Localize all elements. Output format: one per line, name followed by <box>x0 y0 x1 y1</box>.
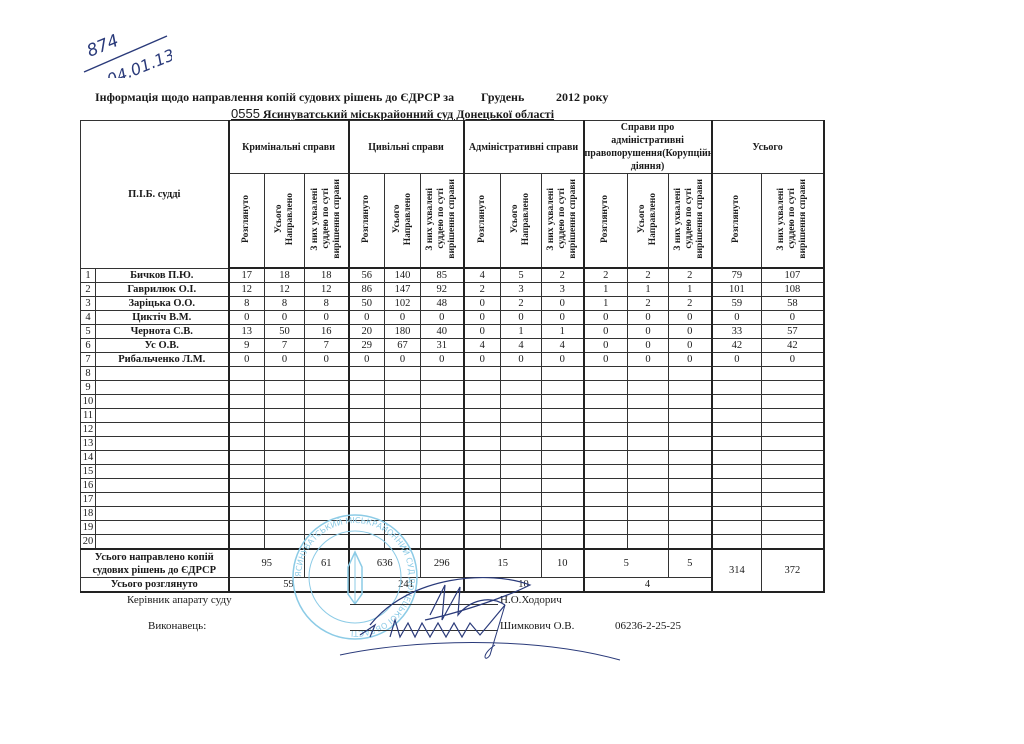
cell-value: 0 <box>669 325 712 339</box>
judge-name <box>96 493 229 507</box>
row-number: 3 <box>81 297 96 311</box>
totals-considered-label: Усього розглянуто <box>81 578 229 593</box>
cell-value <box>305 465 349 479</box>
cell-value: 2 <box>542 268 584 283</box>
judge-name: Чернота С.В. <box>96 325 229 339</box>
cell-value <box>265 493 305 507</box>
judge-name <box>96 381 229 395</box>
head-of-staff-name: Н.О.Ходорич <box>500 594 562 606</box>
cell-value <box>584 479 628 493</box>
judge-name <box>96 507 229 521</box>
cell-value <box>305 521 349 535</box>
cell-value: 9 <box>229 339 265 353</box>
cell-value <box>229 493 265 507</box>
cell-value <box>712 381 762 395</box>
table-row: 17 <box>81 493 824 507</box>
cell-value: 0 <box>669 353 712 367</box>
cell-value: 0 <box>305 353 349 367</box>
column-header-label: Усього Направлено <box>637 193 659 245</box>
cell-value <box>305 423 349 437</box>
cell-value: 0 <box>349 311 385 325</box>
cell-value: 92 <box>421 283 464 297</box>
cell-value <box>669 437 712 451</box>
cell-value <box>229 521 265 535</box>
cell-value <box>349 451 385 465</box>
total-value: 61 <box>305 549 349 578</box>
column-header: Розглянуто <box>349 174 385 269</box>
column-header-label: Розглянуто <box>477 195 488 243</box>
cell-value <box>542 521 584 535</box>
cell-value <box>265 423 305 437</box>
cell-value <box>229 535 265 550</box>
cell-value <box>669 521 712 535</box>
cell-value: 0 <box>584 353 628 367</box>
cell-value <box>762 535 824 550</box>
cell-value <box>265 409 305 423</box>
cell-value <box>265 465 305 479</box>
cell-value <box>385 395 421 409</box>
cell-value <box>712 409 762 423</box>
row-number: 19 <box>81 521 96 535</box>
cell-value <box>712 521 762 535</box>
cell-value <box>464 479 501 493</box>
cell-value <box>628 381 669 395</box>
column-header: З них ухвалені суддею по суті вирішення … <box>542 174 584 269</box>
column-header-label: Розглянуто <box>241 195 252 243</box>
cell-value <box>229 423 265 437</box>
cell-value <box>265 451 305 465</box>
cell-value <box>265 437 305 451</box>
cell-value <box>712 367 762 381</box>
cell-value: 1 <box>584 283 628 297</box>
cell-value: 0 <box>229 353 265 367</box>
row-number: 11 <box>81 409 96 423</box>
cell-value <box>305 493 349 507</box>
row-number: 1 <box>81 268 96 283</box>
cell-value <box>305 451 349 465</box>
row-number: 13 <box>81 437 96 451</box>
column-header-label: З них ухвалені суддею по суті вирішення … <box>673 179 706 259</box>
cell-value: 0 <box>669 339 712 353</box>
cell-value <box>464 423 501 437</box>
report-month: Грудень <box>481 90 524 105</box>
cell-value <box>762 493 824 507</box>
cell-value <box>712 507 762 521</box>
totals-sent-label: Усього направлено копій судових рішень д… <box>81 549 229 578</box>
cell-value <box>542 395 584 409</box>
cell-value: 2 <box>584 268 628 283</box>
cell-value: 8 <box>305 297 349 311</box>
cell-value: 2 <box>464 283 501 297</box>
cell-value: 50 <box>349 297 385 311</box>
judge-name <box>96 465 229 479</box>
column-header: Розглянуто <box>229 174 265 269</box>
cell-value: 102 <box>385 297 421 311</box>
row-number: 15 <box>81 465 96 479</box>
cell-value: 7 <box>305 339 349 353</box>
cell-value: 0 <box>712 311 762 325</box>
cell-value <box>669 507 712 521</box>
cell-value: 4 <box>464 268 501 283</box>
total-value: 636 <box>349 549 421 578</box>
cell-value: 0 <box>628 339 669 353</box>
total-value: 10 <box>542 549 584 578</box>
cell-value <box>385 367 421 381</box>
cell-value: 0 <box>542 353 584 367</box>
cell-value: 20 <box>349 325 385 339</box>
cell-value <box>385 507 421 521</box>
cell-value <box>349 521 385 535</box>
total-value: 15 <box>464 549 542 578</box>
cell-value: 86 <box>349 283 385 297</box>
column-header-label: Розглянуто <box>600 195 611 243</box>
cell-value: 4 <box>542 339 584 353</box>
cell-value <box>712 395 762 409</box>
cell-value: 18 <box>305 268 349 283</box>
cell-value: 12 <box>265 283 305 297</box>
judge-name <box>96 521 229 535</box>
cell-value <box>542 535 584 550</box>
judge-name <box>96 409 229 423</box>
judge-name <box>96 437 229 451</box>
cell-value: 1 <box>501 325 542 339</box>
cell-value: 57 <box>762 325 824 339</box>
cell-value <box>542 451 584 465</box>
group-header: Цивільні справи <box>349 121 464 174</box>
row-number: 5 <box>81 325 96 339</box>
row-number: 16 <box>81 479 96 493</box>
cell-value <box>501 381 542 395</box>
report-year: 2012 року <box>556 90 608 105</box>
cell-value <box>762 521 824 535</box>
handwritten-registration-note: 874 04.01.13 <box>82 18 172 78</box>
cell-value <box>265 395 305 409</box>
cell-value: 0 <box>229 311 265 325</box>
cell-value <box>464 535 501 550</box>
cell-value <box>421 507 464 521</box>
cell-value: 29 <box>349 339 385 353</box>
cell-value <box>421 367 464 381</box>
cell-value: 59 <box>712 297 762 311</box>
cell-value <box>464 507 501 521</box>
cell-value: 1 <box>669 283 712 297</box>
cell-value <box>501 423 542 437</box>
cell-value <box>349 367 385 381</box>
cell-value <box>501 521 542 535</box>
judge-name <box>96 423 229 437</box>
column-header-label: Розглянуто <box>361 195 372 243</box>
cell-value <box>584 507 628 521</box>
cell-value <box>501 493 542 507</box>
cell-value <box>762 395 824 409</box>
cell-value: 12 <box>229 283 265 297</box>
cell-value <box>762 465 824 479</box>
cell-value <box>542 479 584 493</box>
cell-value: 79 <box>712 268 762 283</box>
cell-value <box>305 479 349 493</box>
cell-value: 107 <box>762 268 824 283</box>
cell-value <box>229 507 265 521</box>
cell-value: 85 <box>421 268 464 283</box>
cell-value <box>584 535 628 550</box>
cell-value: 0 <box>464 311 501 325</box>
cell-value <box>501 451 542 465</box>
cell-value: 33 <box>712 325 762 339</box>
table-row: 5Чернота С.В.13501620180400110003357 <box>81 325 824 339</box>
cell-value <box>669 381 712 395</box>
cell-value: 0 <box>712 353 762 367</box>
cell-value: 140 <box>385 268 421 283</box>
cell-value <box>305 395 349 409</box>
cell-value <box>501 437 542 451</box>
cell-value <box>669 465 712 479</box>
cell-value <box>349 479 385 493</box>
cell-value: 1 <box>542 325 584 339</box>
cell-value: 4 <box>464 339 501 353</box>
cell-value <box>762 507 824 521</box>
cell-value <box>464 437 501 451</box>
table-row: 11 <box>81 409 824 423</box>
cell-value <box>421 409 464 423</box>
cell-value <box>385 381 421 395</box>
cell-value: 42 <box>712 339 762 353</box>
cell-value <box>628 423 669 437</box>
head-of-staff-label: Керівник апарату суду <box>127 594 232 606</box>
signature-line-head <box>350 604 498 605</box>
total-value: 4 <box>584 578 712 593</box>
cell-value <box>421 451 464 465</box>
cell-value <box>421 381 464 395</box>
cell-value: 180 <box>385 325 421 339</box>
cell-value: 12 <box>305 283 349 297</box>
cell-value <box>669 395 712 409</box>
cell-value: 0 <box>464 353 501 367</box>
cell-value <box>712 535 762 550</box>
cell-value: 0 <box>265 311 305 325</box>
cell-value <box>229 479 265 493</box>
cell-value <box>385 493 421 507</box>
judge-name <box>96 451 229 465</box>
cell-value <box>501 409 542 423</box>
cell-value <box>501 395 542 409</box>
cell-value: 0 <box>421 311 464 325</box>
cell-value <box>712 437 762 451</box>
cell-value <box>421 493 464 507</box>
cell-value <box>584 423 628 437</box>
row-number: 7 <box>81 353 96 367</box>
cell-value <box>628 493 669 507</box>
column-header: Розглянуто <box>584 174 628 269</box>
judge-name <box>96 367 229 381</box>
cell-value <box>628 507 669 521</box>
cell-value <box>229 367 265 381</box>
judge-name <box>96 395 229 409</box>
table-row: 20 <box>81 535 824 550</box>
cell-value: 0 <box>542 311 584 325</box>
cell-value: 2 <box>501 297 542 311</box>
cell-value <box>762 409 824 423</box>
cell-value <box>669 535 712 550</box>
table-row: 8 <box>81 367 824 381</box>
executor-phone: 06236-2-25-25 <box>615 620 681 632</box>
cell-value: 0 <box>501 311 542 325</box>
cell-value <box>542 437 584 451</box>
row-number: 20 <box>81 535 96 550</box>
cell-value: 0 <box>349 353 385 367</box>
cell-value: 0 <box>464 297 501 311</box>
cell-value <box>229 437 265 451</box>
cell-value <box>669 409 712 423</box>
cell-value <box>628 409 669 423</box>
cell-value <box>229 451 265 465</box>
cell-value: 4 <box>501 339 542 353</box>
group-header: Справи про адміністративні правопорушенн… <box>584 121 712 174</box>
total-value: 372 <box>762 549 824 592</box>
cell-value <box>229 409 265 423</box>
cell-value <box>421 479 464 493</box>
cell-value <box>464 381 501 395</box>
cell-value <box>349 437 385 451</box>
row-number: 14 <box>81 451 96 465</box>
cell-value <box>349 465 385 479</box>
cell-value <box>464 451 501 465</box>
cell-value <box>229 395 265 409</box>
cell-value: 0 <box>385 353 421 367</box>
cell-value <box>265 535 305 550</box>
cell-value <box>464 493 501 507</box>
judge-name: Бичков П.Ю. <box>96 268 229 283</box>
table-row: 13 <box>81 437 824 451</box>
cell-value <box>501 507 542 521</box>
judge-name: Гаврилюк О.І. <box>96 283 229 297</box>
cell-value <box>385 535 421 550</box>
cell-value <box>628 521 669 535</box>
cell-value: 1 <box>584 297 628 311</box>
cell-value <box>584 451 628 465</box>
judge-name: Ус О.В. <box>96 339 229 353</box>
column-header: З них ухвалені суддею по суті вирішення … <box>421 174 464 269</box>
row-number: 8 <box>81 367 96 381</box>
cell-value: 0 <box>265 353 305 367</box>
judge-name <box>96 479 229 493</box>
cell-value: 58 <box>762 297 824 311</box>
table-row: 16 <box>81 479 824 493</box>
cell-value: 7 <box>265 339 305 353</box>
cell-value: 0 <box>542 297 584 311</box>
cell-value: 3 <box>542 283 584 297</box>
cell-value <box>584 493 628 507</box>
cell-value <box>421 465 464 479</box>
cell-value <box>305 535 349 550</box>
cell-value <box>628 535 669 550</box>
table-row: 7Рибальченко Л.М.00000000000000 <box>81 353 824 367</box>
cell-value <box>385 423 421 437</box>
column-header-label: Усього Направлено <box>274 193 296 245</box>
total-value: 10 <box>464 578 584 593</box>
column-header-label: Розглянуто <box>731 195 742 243</box>
cell-value <box>385 409 421 423</box>
cell-value <box>501 535 542 550</box>
cell-value <box>542 423 584 437</box>
total-value: 59 <box>229 578 349 593</box>
cell-value <box>349 381 385 395</box>
cell-value <box>305 437 349 451</box>
column-header-label: З них ухвалені суддею по суті вирішення … <box>425 179 458 259</box>
cell-value <box>542 381 584 395</box>
column-header: Усього Направлено <box>628 174 669 269</box>
cell-value: 0 <box>464 325 501 339</box>
cell-value <box>628 367 669 381</box>
total-value: 296 <box>421 549 464 578</box>
table-row: 2Гаврилюк О.І.1212128614792233111101108 <box>81 283 824 297</box>
cell-value: 8 <box>229 297 265 311</box>
column-header: Усього Направлено <box>501 174 542 269</box>
cell-value: 0 <box>385 311 421 325</box>
cell-value: 31 <box>421 339 464 353</box>
cell-value <box>349 493 385 507</box>
group-header: Кримінальні справи <box>229 121 349 174</box>
cell-value <box>712 451 762 465</box>
cell-value: 0 <box>628 325 669 339</box>
table-row: 15 <box>81 465 824 479</box>
cell-value <box>385 479 421 493</box>
cell-value <box>501 479 542 493</box>
cell-value <box>464 521 501 535</box>
cell-value: 0 <box>305 311 349 325</box>
table-row: 9 <box>81 381 824 395</box>
cell-value: 13 <box>229 325 265 339</box>
report-table: П.І.Б. суддіКримінальні справиЦивільні с… <box>80 120 825 593</box>
cell-value <box>385 521 421 535</box>
group-header: Усього <box>712 121 824 174</box>
cell-value <box>349 409 385 423</box>
row-number: 2 <box>81 283 96 297</box>
cell-value <box>265 521 305 535</box>
row-number: 4 <box>81 311 96 325</box>
judge-name: Циктіч В.М. <box>96 311 229 325</box>
cell-value <box>385 451 421 465</box>
table-row: 4Циктіч В.М.00000000000000 <box>81 311 824 325</box>
cell-value: 0 <box>669 311 712 325</box>
cell-value: 48 <box>421 297 464 311</box>
cell-value <box>762 437 824 451</box>
cell-value <box>712 493 762 507</box>
cell-value <box>584 367 628 381</box>
cell-value: 42 <box>762 339 824 353</box>
row-number: 17 <box>81 493 96 507</box>
cell-value <box>421 521 464 535</box>
cell-value <box>305 367 349 381</box>
cell-value: 16 <box>305 325 349 339</box>
cell-value <box>305 507 349 521</box>
column-header-label: З них ухвалені суддею по суті вирішення … <box>310 179 343 259</box>
cell-value: 67 <box>385 339 421 353</box>
column-header: Розглянуто <box>464 174 501 269</box>
row-number: 12 <box>81 423 96 437</box>
cell-value: 0 <box>628 311 669 325</box>
cell-value: 0 <box>584 325 628 339</box>
judge-name: Заріцька О.О. <box>96 297 229 311</box>
table-row: 19 <box>81 521 824 535</box>
table-row: 12 <box>81 423 824 437</box>
cell-value <box>628 465 669 479</box>
cell-value <box>669 451 712 465</box>
cell-value: 2 <box>628 268 669 283</box>
cell-value <box>464 367 501 381</box>
cell-value <box>584 395 628 409</box>
cell-value: 3 <box>501 283 542 297</box>
cell-value: 17 <box>229 268 265 283</box>
